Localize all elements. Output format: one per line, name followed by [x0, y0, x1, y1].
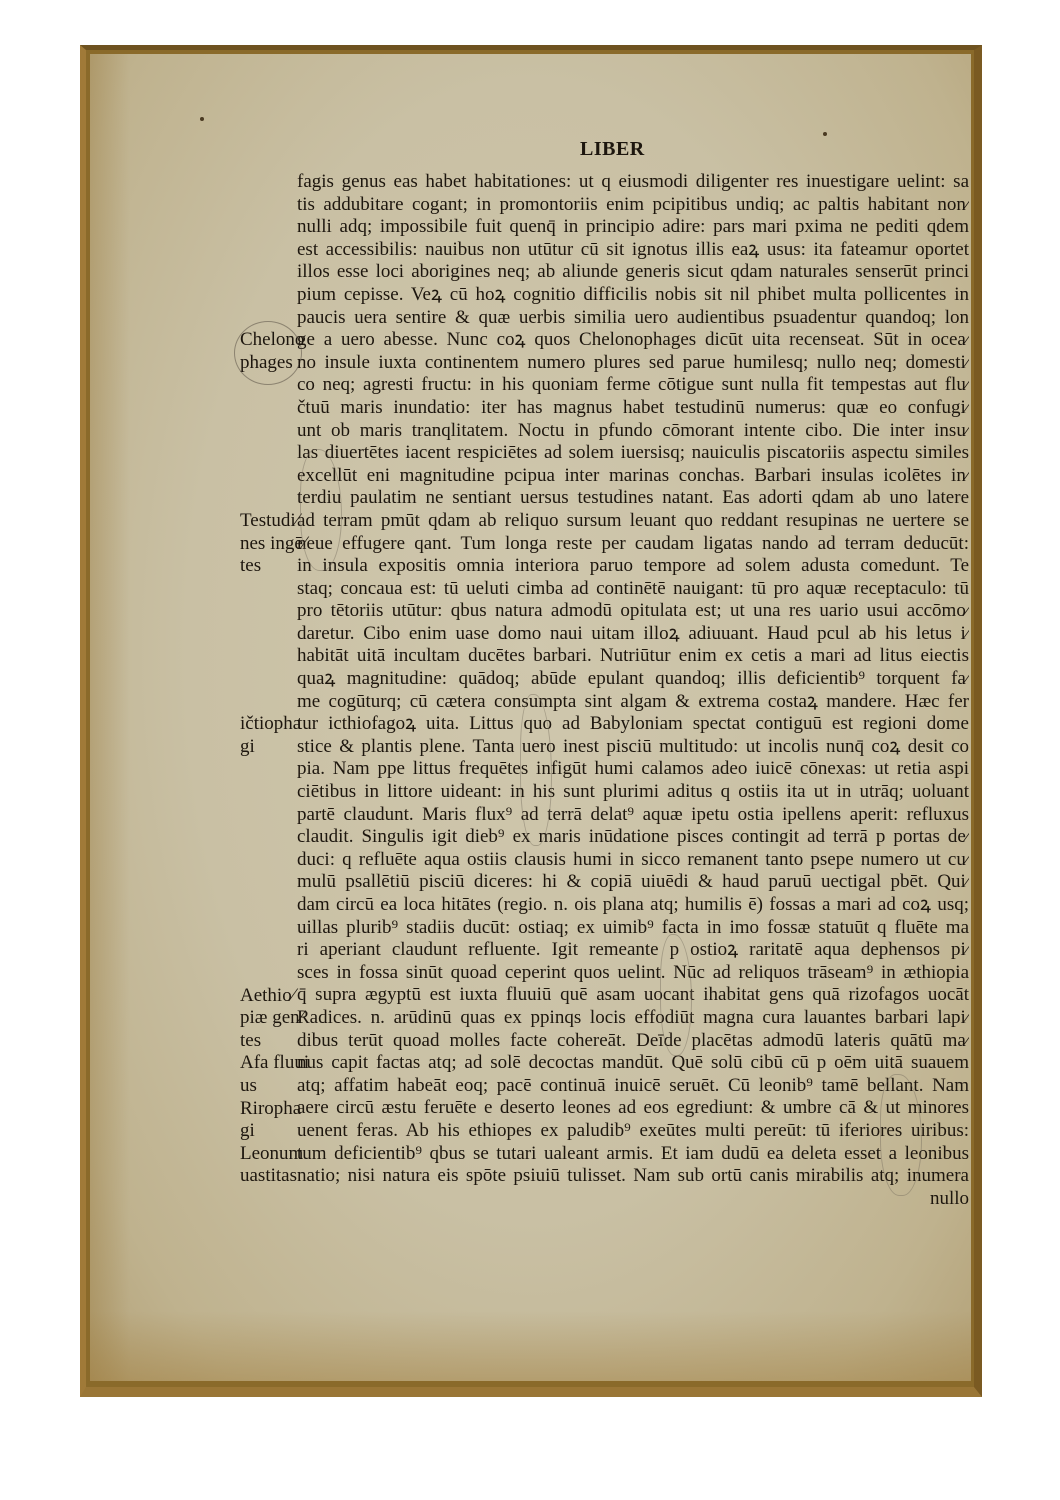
text-line: partē claudunt. Maris flux⁹ ad terrā del… [297, 804, 969, 827]
margin-gloss-line: gi [240, 736, 301, 759]
text-line: pia. Nam ppe littus frequētes infigūt hu… [297, 758, 969, 781]
foxing-spot [823, 132, 827, 136]
margin-gloss-line: tes [240, 1030, 303, 1053]
margin-gloss-line: Leonum [240, 1143, 303, 1166]
text-line: no insule iuxta continentem numero plure… [297, 352, 969, 375]
margin-gloss: Leonumuastitas [240, 1143, 303, 1188]
text-line: pro tētoriis utūtur: qbus natura admodū … [297, 600, 969, 623]
text-line: sces in fossa sinūt quoad ceperint quos … [297, 962, 969, 985]
text-line: in insula expositis omnia interiora paru… [297, 555, 969, 578]
text-line: dam circū ea loca hitātes (regio. n. ois… [297, 894, 969, 917]
text-line: las diuertētes iacent respiciētes ad sol… [297, 442, 969, 465]
margin-gloss-line: Riropha [240, 1098, 301, 1121]
running-head: LIBER [580, 138, 645, 161]
margin-gloss: ičtiophagi [240, 713, 301, 758]
text-line: staq; concaua est: tū ueluti cimba ad co… [297, 578, 969, 601]
text-line: excellūt eni magnitudine pcipua inter ma… [297, 465, 969, 488]
text-line: me cogūturq; cū cætera consumpta sint al… [297, 691, 969, 714]
text-line: tis addubitare cogant; in promontoriis e… [297, 194, 969, 217]
text-line: unt ob maris tranqlitatem. Noctu in pfun… [297, 420, 969, 443]
margin-gloss: Rirophagi [240, 1098, 301, 1143]
text-line: neue effugere qant. Tum longa reste per … [297, 533, 969, 556]
text-line: illos esse loci aborigines neq; ab aliun… [297, 261, 969, 284]
margin-gloss-line: phages [240, 352, 304, 375]
margin-gloss-line: piæ gen⁄ [240, 1007, 303, 1030]
text-line: fagis genus eas habet habitationes: ut q… [297, 171, 969, 194]
margin-gloss-line: gi [240, 1120, 301, 1143]
text-line: est accessibilis: nauibus non utūtur cū … [297, 239, 969, 262]
text-line: daretur. Cibo enim uase domo naui uitam … [297, 623, 969, 646]
scan-frame: LIBER ChelonophagesTestudi⁄nes ingē⁄tesi… [80, 45, 982, 1397]
text-line: atq; affatim habeāt eoq; pacē continuā i… [297, 1075, 969, 1098]
text-line: ciētibus in littore uideant: in his sunt… [297, 781, 969, 804]
text-line: tur icthiofagoꝝ uita. Littus quo ad Baby… [297, 713, 969, 736]
text-line: uenent feras. Ab his ethiopes ex paludib… [297, 1120, 969, 1143]
text-line: terdiu paulatim ne sentiant uersus testu… [297, 487, 969, 510]
text-line: dibus terūt quoad molles facte cohereāt.… [297, 1030, 969, 1053]
text-line: co neq; agresti fructu: in his quoniam f… [297, 374, 969, 397]
text-line: aere circū æstu feruēte e deserto leones… [297, 1097, 969, 1120]
margin-gloss-line: Chelono [240, 329, 304, 352]
foxing-spot [200, 117, 204, 121]
text-line: pium cepisse. Veꝝ cū hoꝝ cognitio diffic… [297, 284, 969, 307]
text-line: nulli adq; impossibile fuit quenq̄ in pr… [297, 216, 969, 239]
water-stain [90, 1311, 971, 1381]
main-text-block: fagis genus eas habet habitationes: ut q… [297, 171, 969, 1210]
text-line: ri aperiant claudunt refluente. Igit rem… [297, 939, 969, 962]
catchword: nullo [297, 1188, 969, 1211]
edge-stain [90, 54, 130, 1381]
text-line: natio; nisi natura eis spōte psiuiū tuli… [297, 1165, 969, 1188]
margin-gloss-line: ičtiopha [240, 713, 301, 736]
margin-gloss-line: uastitas [240, 1165, 303, 1188]
text-line: uillas plurib⁹ stadiis ducūt: ostiaq; ex… [297, 917, 969, 940]
text-line: claudit. Singulis igit dieb⁹ ex maris in… [297, 826, 969, 849]
text-line: mulū psallētiū pisciū diceres: hi & copi… [297, 871, 969, 894]
text-line: habitāt uitā incultam ducētes barbari. N… [297, 645, 969, 668]
text-line: duci: q refluēte aqua ostiis clausis hum… [297, 849, 969, 872]
page-leaf: LIBER ChelonophagesTestudi⁄nes ingē⁄tesi… [90, 54, 971, 1381]
text-line: ad terram pmūt qdam ab reliquo sursum le… [297, 510, 969, 533]
margin-gloss: Aethio⁄piæ gen⁄tes [240, 985, 303, 1053]
text-line: tum deficientib⁹ qbus se tutari ualeant … [297, 1143, 969, 1166]
text-line: stice & plantis plene. Tanta uero inest … [297, 736, 969, 759]
text-line: čtuū maris inundatio: iter has magnus ha… [297, 397, 969, 420]
margin-gloss: Chelonophages [240, 329, 304, 374]
text-line: Radices. n. arūdinū quas ex ppinqs locis… [297, 1007, 969, 1030]
text-line: nus capit factas atq; ad solē decoctas m… [297, 1052, 969, 1075]
margin-gloss-line: Aethio⁄ [240, 985, 303, 1008]
text-line: paucis uera sentire & quæ uerbis similia… [297, 307, 969, 330]
text-line: ge a uero abesse. Nunc coꝝ quos Chelonop… [297, 329, 969, 352]
text-line: q̄ supra ægyptū est iuxta fluuiū quē asa… [297, 984, 969, 1007]
text-line: quaꝝ magnitudine: quādoq; abūde epulant … [297, 668, 969, 691]
